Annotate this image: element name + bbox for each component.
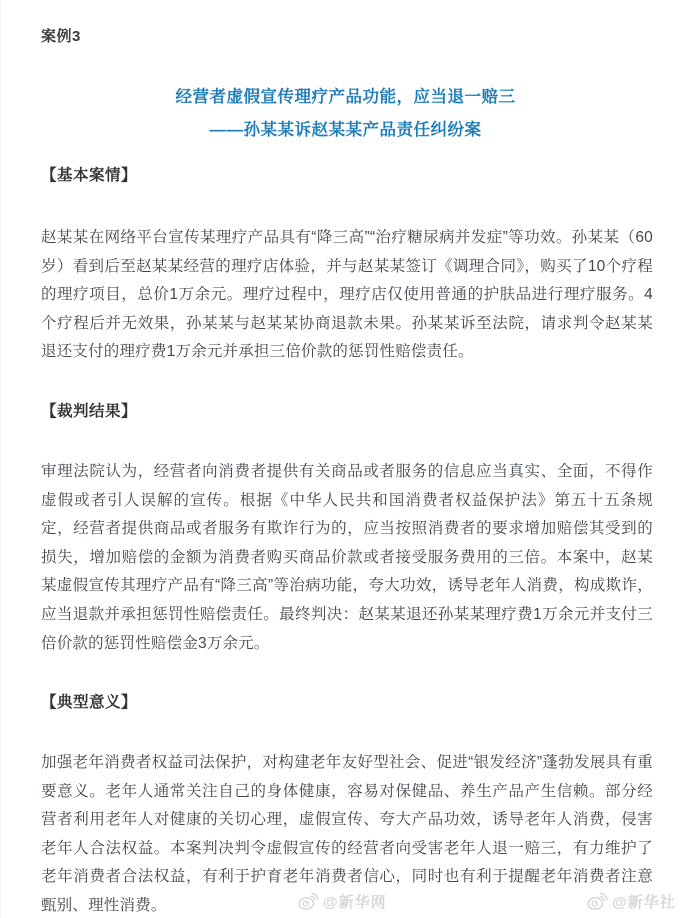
document-page: 案例3 经营者虚假宣传理疗产品功能，应当退一赔三 ——孙某某诉赵某某产品责任纠纷… <box>0 0 690 918</box>
section-heading-basic-facts: 【基本案情】 <box>41 166 137 186</box>
watermark-xinhua-news-agency: @新华社 <box>586 888 676 914</box>
watermark-xinhuanet: @新华网 <box>297 888 387 914</box>
section-body-judgment-result: 审理法院认为，经营者向消费者提供有关商品或者服务的信息应当真实、全面，不得作虚假… <box>41 458 653 658</box>
section-heading-judgment-result: 【裁判结果】 <box>41 402 137 422</box>
weibo-icon <box>297 891 319 911</box>
title-line-2: ——孙某某诉赵某某产品责任纠纷案 <box>1 114 690 147</box>
document-title: 经营者虚假宣传理疗产品功能，应当退一赔三 ——孙某某诉赵某某产品责任纠纷案 <box>1 81 690 147</box>
watermark-label: @新华社 <box>612 891 676 912</box>
section-body-basic-facts: 赵某某在网络平台宣传某理疗产品具有“降三高”“治疗糖尿病并发症”等功效。孙某某（… <box>41 224 653 367</box>
watermark-label: @新华网 <box>323 891 387 912</box>
title-line-1: 经营者虚假宣传理疗产品功能，应当退一赔三 <box>1 81 690 114</box>
section-heading-typical-significance: 【典型意义】 <box>41 693 137 713</box>
weibo-icon <box>586 891 608 911</box>
case-number-label: 案例3 <box>41 25 81 46</box>
